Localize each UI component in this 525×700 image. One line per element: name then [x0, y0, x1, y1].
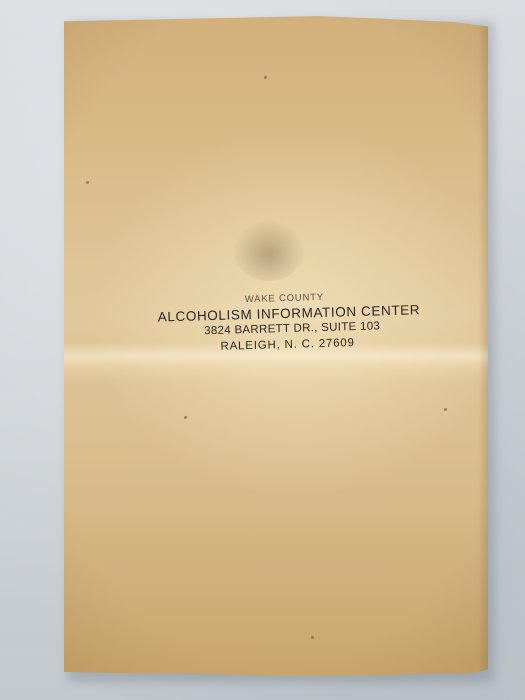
paper-speck: [311, 636, 314, 639]
stamp-city-state-zip: RALEIGH, N. C. 27609: [163, 336, 413, 354]
paper-speck: [86, 181, 89, 184]
paper-speck: [264, 76, 267, 79]
paper-speck: [184, 416, 187, 419]
paper-stain: [234, 221, 304, 281]
booklet-back-cover: WAKE COUNTY ALCOHOLISM INFORMATION CENTE…: [64, 16, 488, 676]
paper-speck: [444, 408, 447, 411]
address-stamp: WAKE COUNTY ALCOHOLISM INFORMATION CENTE…: [159, 291, 410, 355]
